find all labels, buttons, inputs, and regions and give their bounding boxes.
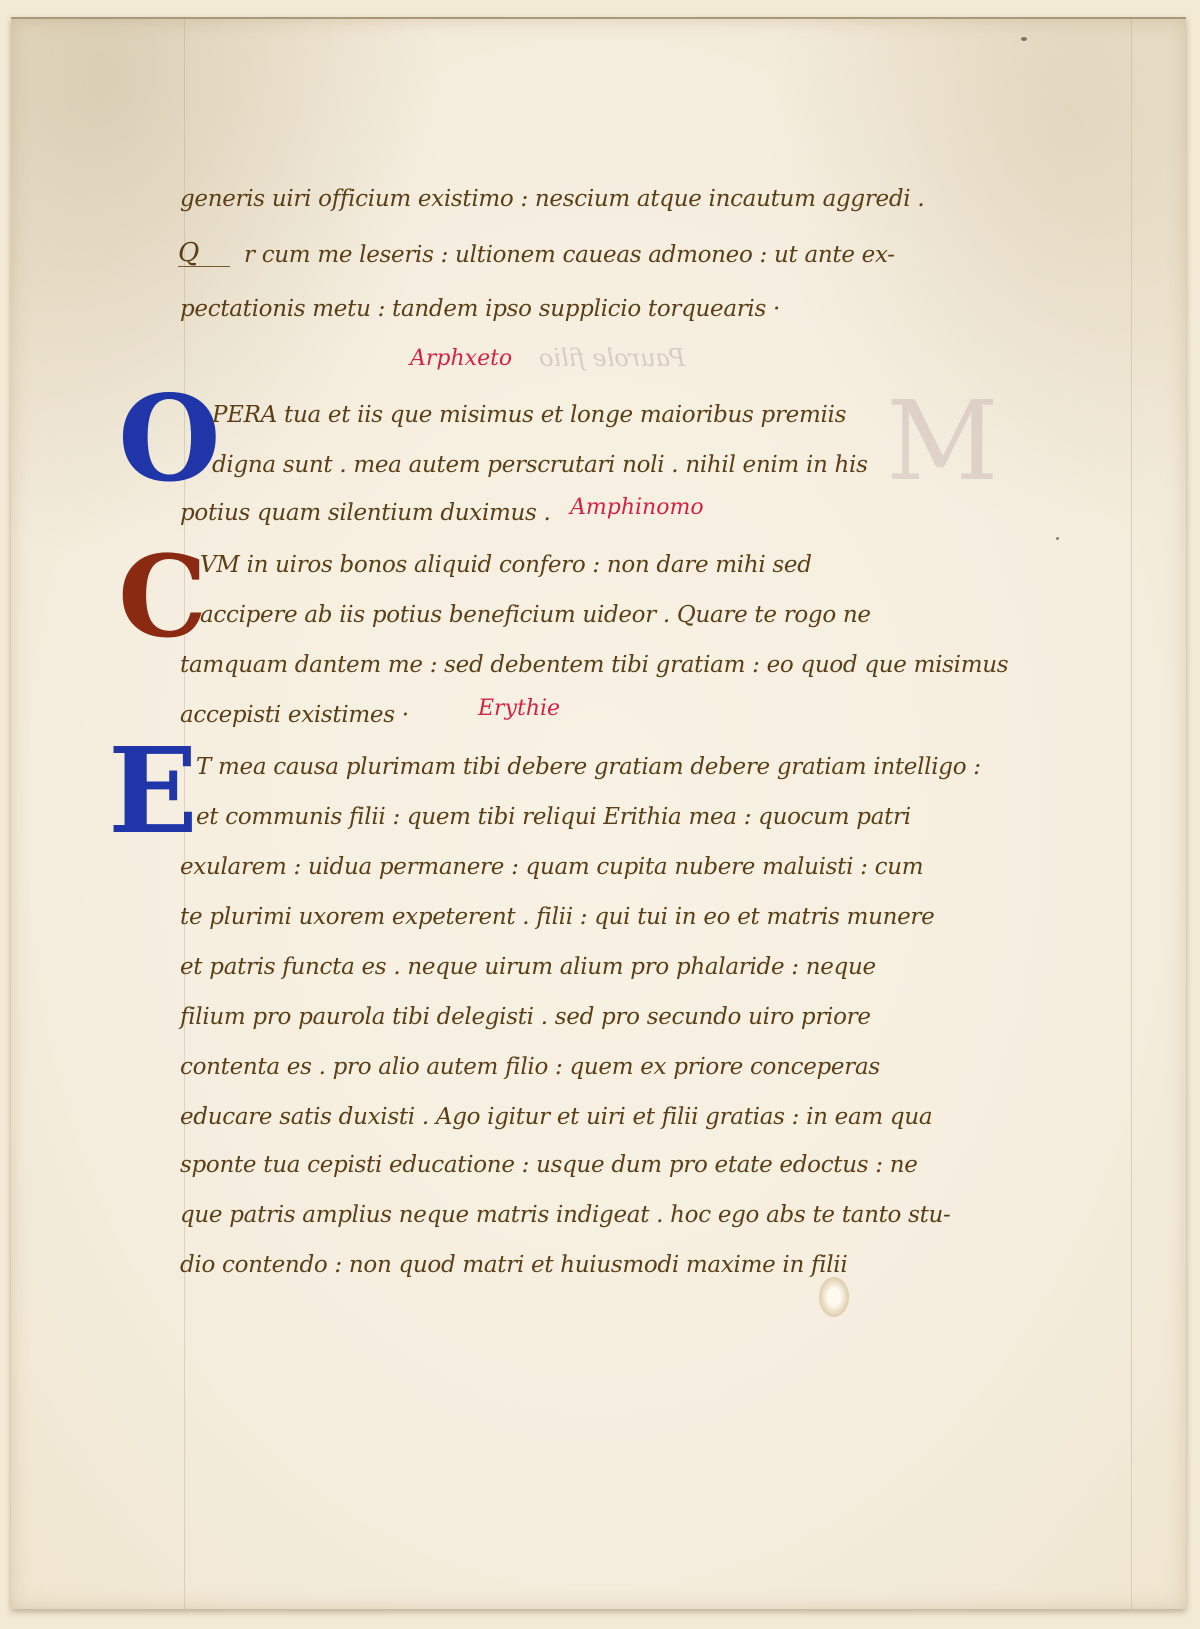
text-line: filium pro paurola tibi delegisti . sed … xyxy=(180,1004,871,1030)
text-line: generis uiri officium existimo : nescium… xyxy=(180,186,924,212)
small-initial-q: Q xyxy=(178,240,230,267)
text-line: accipere ab iis potius beneficium uideor… xyxy=(200,602,871,628)
text-line: potius quam silentium duximus . xyxy=(180,500,551,526)
text-line: tamquam dantem me : sed debentem tibi gr… xyxy=(180,652,1008,678)
text-line: que patris amplius neque matris indigeat… xyxy=(180,1202,951,1228)
show-through-rubric: Paurole filio xyxy=(539,344,685,372)
text-line: r cum me leseris : ultionem caueas admon… xyxy=(244,242,895,268)
text-line: contenta es . pro alio autem filio : que… xyxy=(180,1054,880,1080)
initial-e: E xyxy=(108,732,198,850)
text-line: te plurimi uxorem expeterent . filii : q… xyxy=(180,904,934,930)
text-line: pectationis metu : tandem ipso supplicio… xyxy=(180,296,780,322)
parchment-hole xyxy=(819,1277,849,1317)
text-line: exularem : uidua permanere : quam cupita… xyxy=(180,854,923,880)
initial-c: C xyxy=(118,542,207,654)
text-line: digna sunt . mea autem perscrutari noli … xyxy=(212,452,868,478)
ink-speck xyxy=(1021,37,1027,41)
text-line: et patris functa es . neque uirum alium … xyxy=(180,954,876,980)
text-line: accepisti existimes · xyxy=(180,702,409,728)
rubric-heading: Arphxeto xyxy=(410,346,512,371)
initial-o: O xyxy=(118,380,221,498)
text-line: et communis filii : quem tibi reliqui Er… xyxy=(196,804,911,830)
text-line: VM in uiros bonos aliquid confero : non … xyxy=(200,552,812,578)
text-line: PERA tua et iis que misimus et longe mai… xyxy=(212,402,846,428)
rubric-heading: Erythie xyxy=(478,696,560,721)
text-line: dio contendo : non quod matri et huiusmo… xyxy=(180,1252,847,1278)
rubric-heading: Amphinomo xyxy=(570,495,704,520)
text-line: educare satis duxisti . Ago igitur et ui… xyxy=(180,1104,932,1130)
text-line: T mea causa plurimam tibi debere gratiam… xyxy=(196,754,981,780)
text-line: sponte tua cepisti educatione : usque du… xyxy=(180,1152,918,1178)
show-through-initial: M xyxy=(886,377,999,505)
ink-speck xyxy=(1056,537,1059,540)
ruling-line-right xyxy=(1131,19,1132,1609)
